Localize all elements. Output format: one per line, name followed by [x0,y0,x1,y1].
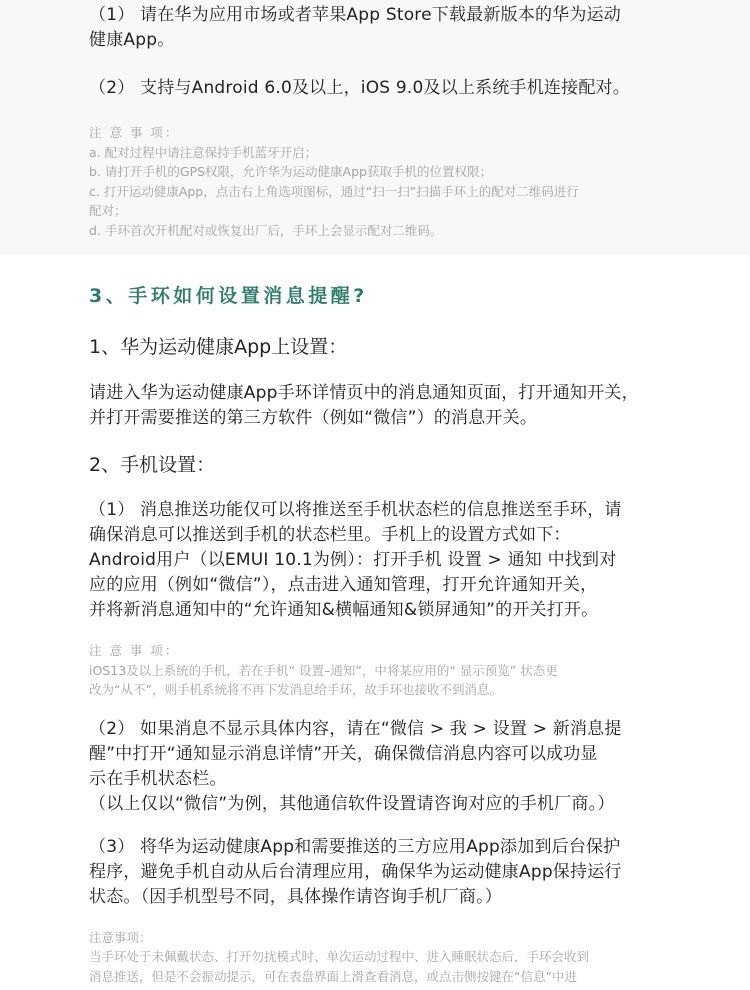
text-line: 并打开需要推送的第三方软件（例如“微信”）的消息开关。 [89,408,537,428]
text-line: 请进入华为运动健康App手环详情页中的消息通知页面，打开通知开关， [89,383,639,403]
note-line: a. 配对过程中请注意保持手机蓝牙开启； [89,143,660,163]
note-line: 配对； [89,201,660,221]
text-line: 醒”中打开“通知显示消息详情”开关，确保微信消息内容可以成功显 [89,744,598,764]
text-line: 并将新消息通知中的“允许通知&横幅通知&锁屏通知”的开关打开。 [89,600,598,620]
prereq-notes: 注 意 事 项： a. 配对过程中请注意保持手机蓝牙开启； b. 请打开手机的G… [89,123,660,240]
text-line: 状态。（因手机型号不同，具体操作请咨询手机厂商。） [89,887,502,907]
app-settings-title: 1、华为运动健康App上设置： [89,333,660,361]
section-title: 3、手环如何设置消息提醒? [89,282,660,310]
note-line: 消息推送，但是不会振动提示，可在表盘界面上滑查看消息，或点击侧按键在“信息”中进 [89,967,660,987]
text-line: 健康App。 [89,30,174,50]
note-title: 注 意 事 项： [89,123,660,143]
phone-step-3: （3） 将华为运动健康App和需要推送的三方应用App添加到后台保护 程序，避免… [89,835,660,910]
text-line: 程序，避免手机自动从后台清理应用，确保华为运动健康App保持运行 [89,862,622,882]
phone-settings-title: 2、手机设置： [89,451,660,479]
text-line: （以上仅以“微信”为例，其他通信软件设置请咨询对应的手机厂商。） [89,794,615,814]
text-line: （1） 请在华为应用市场或者苹果App Store下载最新版本的华为运动 [89,5,621,25]
note-title: 注意事项： [89,928,660,948]
ios-notes: 注 意 事 项： iOS13及以上系统的手机，若在手机“ 设置–通知”，中将某应… [89,641,660,700]
note-line: 当手环处于未佩戴状态、打开勿扰模式时、单次运动过程中、进入睡眠状态后，手环会收到 [89,947,660,967]
prereq-step-2: （2） 支持与Android 6.0及以上，iOS 9.0及以上系统手机连接配对… [89,76,660,101]
text-line: Android用户（以EMUI 10.1为例）：打开手机 设置 > 通知 中找到… [89,550,616,570]
app-settings-text: 请进入华为运动健康App手环详情页中的消息通知页面，打开通知开关， 并打开需要推… [89,381,660,431]
phone-step-1: （1） 消息推送功能仅可以将推送至手机状态栏的信息推送至手环，请 确保消息可以推… [89,498,660,623]
note-line: d. 手环首次开机配对或恢复出厂后，手环上会显示配对二维码。 [89,221,660,241]
band-notes: 注意事项： 当手环处于未佩戴状态、打开勿扰模式时、单次运动过程中、进入睡眠状态后… [89,928,660,987]
text-line: （1） 消息推送功能仅可以将推送至手机状态栏的信息推送至手环，请 [89,500,622,520]
note-line: b. 请打开手机的GPS权限，允许华为运动健康App获取手机的位置权限； [89,162,660,182]
text-line: 确保消息可以推送到手机的状态栏里。手机上的设置方式如下： [89,525,571,545]
note-line: c. 打开运动健康App，点击右上角选项图标，通过“扫一扫”扫描手环上的配对二维… [89,182,660,202]
text-line: （2） 支持与Android 6.0及以上，iOS 9.0及以上系统手机连接配对… [89,78,630,98]
phone-step-2: （2） 如果消息不显示具体内容，请在“微信 > 我 > 设置 > 新消息提 醒”… [89,717,660,817]
section-message-reminder: 3、手环如何设置消息提醒? 1、华为运动健康App上设置： 请进入华为运动健康A… [0,282,750,986]
text-line: 示在手机状态栏。 [89,769,227,789]
note-title: 注 意 事 项： [89,641,660,661]
text-line: （2） 如果消息不显示具体内容，请在“微信 > 我 > 设置 > 新消息提 [89,719,622,739]
note-line: iOS13及以上系统的手机，若在手机“ 设置–通知”，中将某应用的“ 显示预览”… [89,661,660,681]
text-line: （3） 将华为运动健康App和需要推送的三方应用App添加到后台保护 [89,837,620,857]
prereq-step-1: （1） 请在华为应用市场或者苹果App Store下载最新版本的华为运动 健康A… [89,3,660,53]
note-line: 改为“从不”，则手机系统将不再下发消息给手环，故手环也接收不到消息。 [89,680,660,700]
text-line: 应的应用（例如“微信”），点击进入通知管理，打开允许通知开关， [89,575,597,595]
prerequisites-panel: （1） 请在华为应用市场或者苹果App Store下载最新版本的华为运动 健康A… [0,0,750,255]
